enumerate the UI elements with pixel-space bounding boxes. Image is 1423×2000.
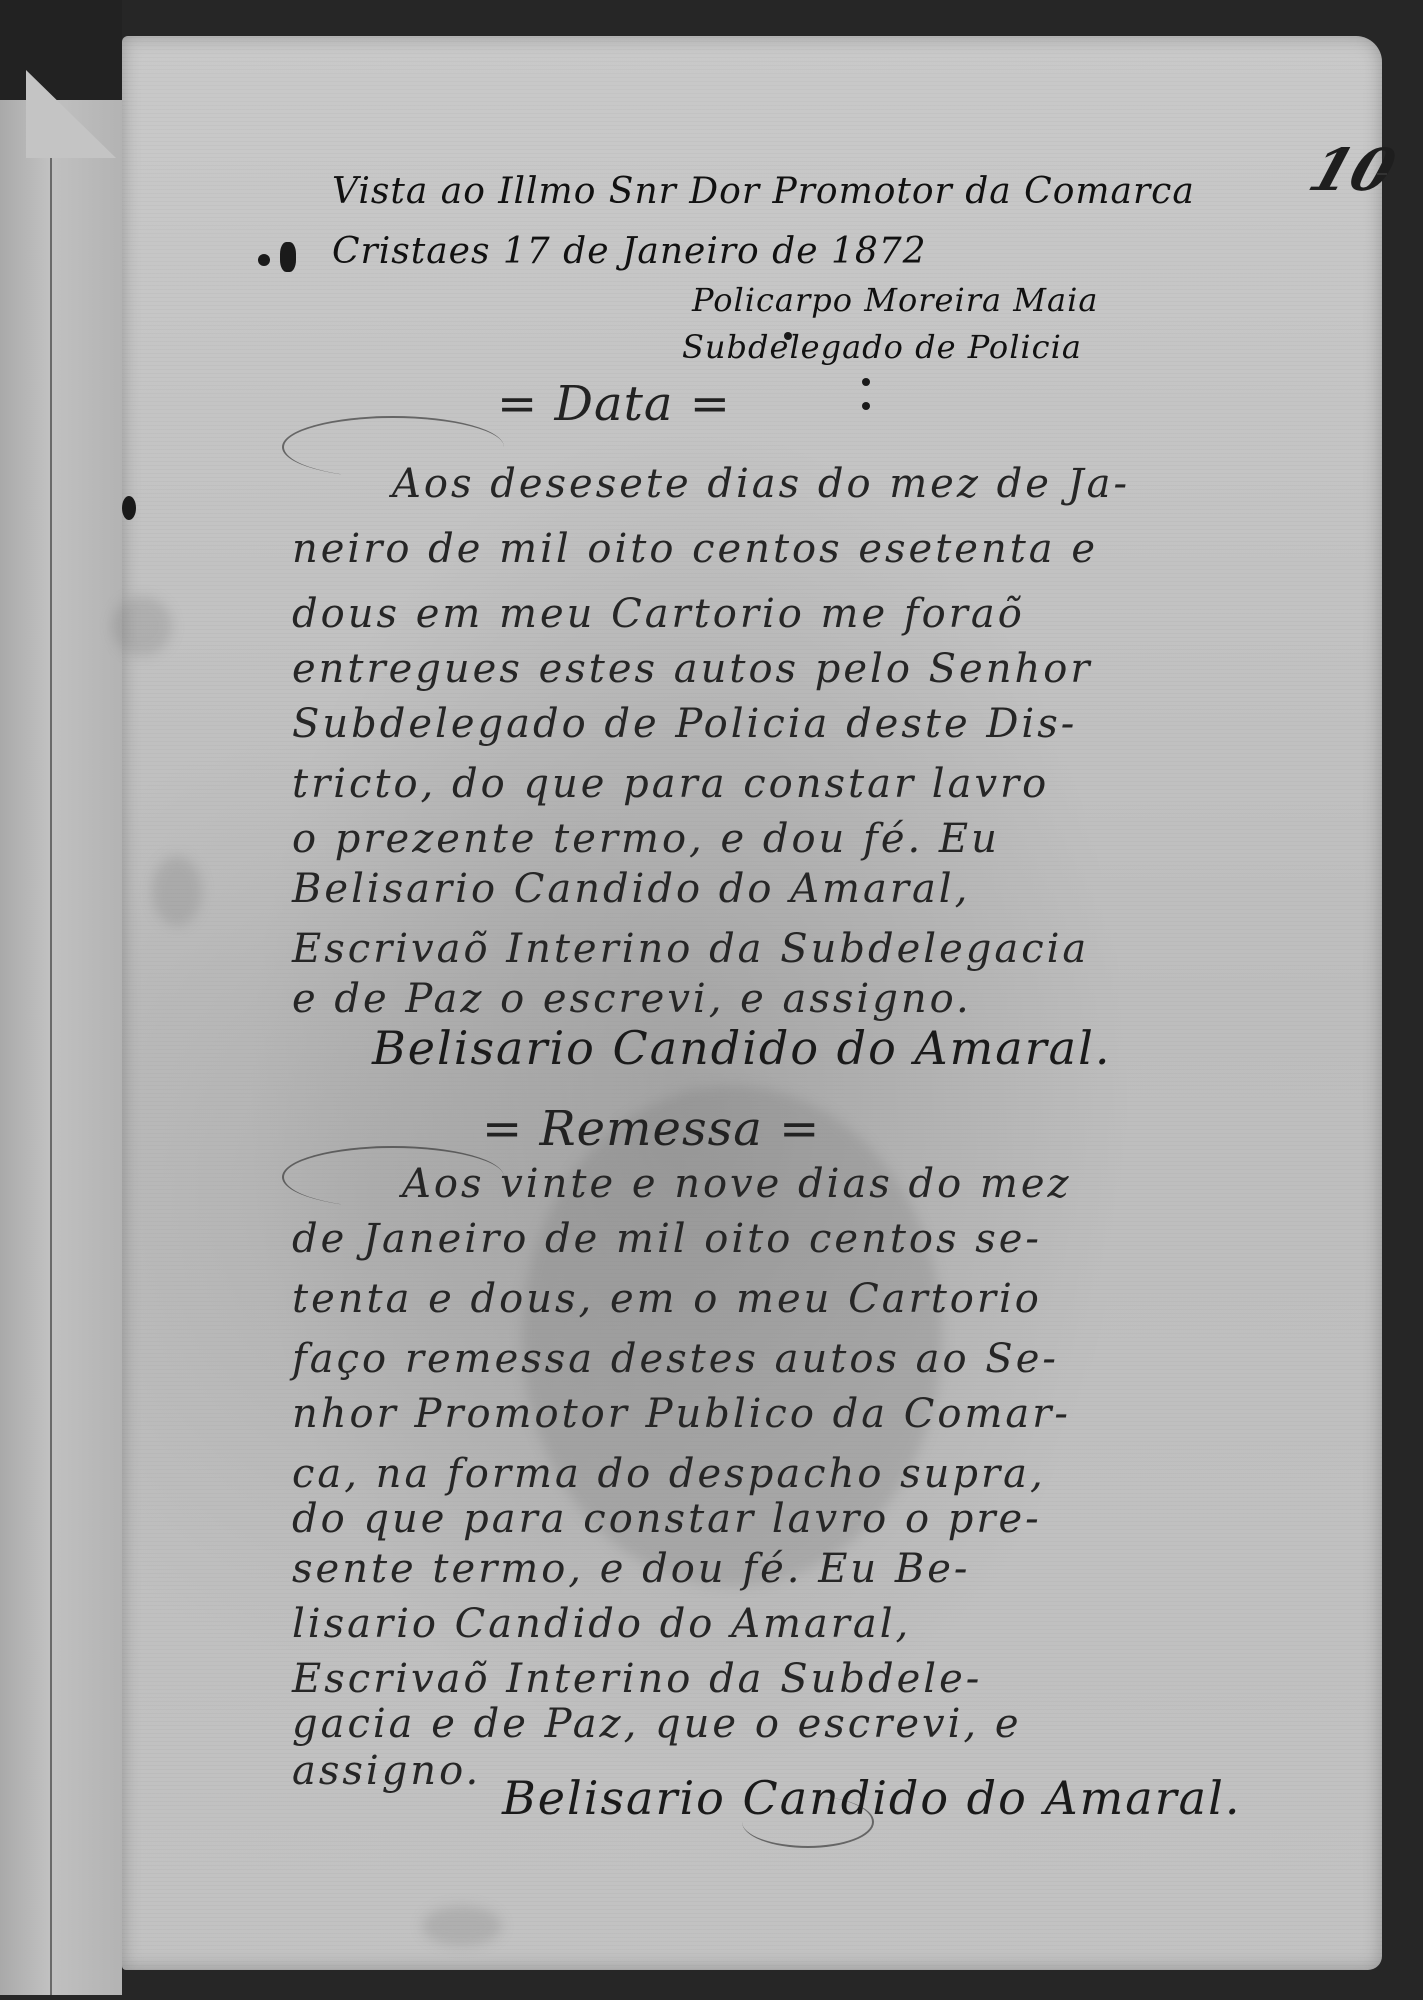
folio-number: 10	[1301, 136, 1404, 204]
data-signature: Belisario Candido do Amaral.	[372, 1021, 1111, 1075]
remessa-line: sente termo, e dou fé. Eu Be-	[292, 1546, 970, 1592]
dispatch-signature-title: Subdelegado de Policia	[682, 328, 1082, 366]
ink-blot	[122, 496, 136, 520]
signature-flourish	[742, 1796, 874, 1848]
remessa-line: de Janeiro de mil oito centos se-	[292, 1216, 1042, 1262]
dispatch-signature-name: Policarpo Moreira Maia	[692, 281, 1098, 319]
data-line: Subdelegado de Policia deste Dis-	[292, 701, 1077, 747]
remessa-line: nhor Promotor Publico da Comar-	[292, 1391, 1071, 1437]
remessa-line: assigno.	[292, 1748, 481, 1794]
water-stain	[112, 596, 172, 656]
data-line: e de Paz o escrevi, e assigno.	[292, 976, 972, 1022]
dispatch-line-1: Vista ao Illmo Snr Dor Promotor da Comar…	[332, 171, 1195, 212]
data-line: Escrivaõ Interino da Subdelegacia	[292, 926, 1089, 972]
data-line: Aos desesete dias do mez de Ja-	[392, 461, 1130, 507]
data-line: Belisario Candido do Amaral,	[292, 866, 970, 912]
section-heading-remessa: = Remessa =	[482, 1101, 820, 1157]
adjacent-page-edge	[0, 100, 122, 1995]
remessa-line: Escrivaõ Interino da Subdele-	[292, 1656, 982, 1702]
remessa-line: tenta e dous, em o meu Cartorio	[292, 1276, 1042, 1322]
data-line: neiro de mil oito centos esetenta e	[292, 526, 1098, 572]
water-stain	[152, 856, 202, 926]
remessa-line: faço remessa destes autos ao Se-	[292, 1336, 1059, 1382]
ink-dot	[862, 378, 870, 386]
dispatch-line-2: Cristaes 17 de Janeiro de 1872	[332, 231, 927, 272]
ink-blot	[280, 242, 296, 272]
ink-dot	[258, 254, 270, 266]
binding-crease	[50, 100, 52, 1995]
folded-page-corner	[26, 70, 116, 158]
remessa-line: ca, na forma do despacho supra,	[292, 1451, 1046, 1497]
data-line: dous em meu Cartorio me foraõ	[292, 591, 1025, 637]
folio-dash	[1377, 173, 1387, 175]
water-stain	[422, 1906, 502, 1946]
data-line: tricto, do que para constar lavro	[292, 761, 1049, 807]
ink-dot	[862, 402, 870, 410]
manuscript-page: 10 [10] Vista ao Illmo Snr Dor Promotor …	[122, 36, 1382, 1970]
remessa-line: lisario Candido do Amaral,	[292, 1601, 911, 1647]
remessa-line: do que para constar lavro o pre-	[292, 1496, 1042, 1542]
data-line: o prezente termo, e dou fé. Eu	[292, 816, 1000, 862]
section-heading-data: = Data =	[497, 376, 731, 432]
remessa-line: Aos vinte e nove dias do mez	[402, 1161, 1072, 1207]
remessa-line: gacia e de Paz, que o escrevi, e	[292, 1701, 1022, 1747]
data-line: entregues estes autos pelo Senhor	[292, 646, 1092, 692]
